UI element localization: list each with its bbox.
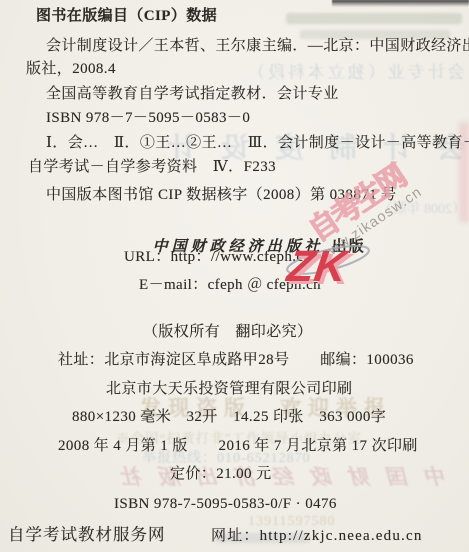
cip-title-line2: 版社，2008.4 [26, 60, 116, 79]
scan-edge-artifact [332, 0, 469, 7]
copyright-page: 会计专业（独立本科段） 会计制度设计 （2008 年版） 发现盗版 欢迎举报 ※… [0, 0, 469, 552]
bleedthrough-mirror-publisher: 中国财政经济出版社 [102, 461, 447, 491]
publish-word: 出版 [332, 239, 366, 255]
format-line: 880×1230 毫米 32开 14.25 印张 363 000字 [72, 408, 386, 427]
service-site-name: 自学考试教材服务网 [8, 525, 166, 544]
cip-record-number: 中国版本图书馆 CIP 数据核字（2008）第 038871 号 [46, 186, 397, 205]
price-line: 定价：21.00 元 [170, 465, 272, 484]
cip-heading: 图书在版编目（CIP）数据 [36, 7, 217, 26]
edition-line: 2008 年 4 月第 1 版 2016 年 7 月北京第 17 次印刷 [58, 437, 418, 456]
cip-title-line1: 会计制度设计／王本哲、王尔康主编．—北京：中国财政经济出 [46, 37, 469, 56]
cip-class-line1: Ⅰ．会… Ⅱ．①王…②王… Ⅲ．会计制度－设计－高等教育－ [46, 134, 469, 153]
service-site-url: 网址：http://zkjc.neea.edu.cn [211, 527, 423, 546]
cip-class-line2: 自学考试－自学参考资料 Ⅳ．F233 [28, 158, 276, 177]
bleedthrough-blur-top1 [286, 13, 462, 24]
isbn-full-line: ISBN 978-7-5095-0583-0/F · 0476 [114, 495, 337, 514]
publisher-url: URL：http：//www.cfeph.cn [124, 248, 311, 267]
publisher-email: E－mail：cfeph ＠ cfeph.cn [139, 276, 321, 295]
copyright-notice: （版权所有 翻印必究） [143, 323, 312, 342]
publisher-address: 社址：北京市海淀区阜成路甲28号 邮编：100036 [58, 351, 414, 370]
cip-isbn: ISBN 978－7－5095－0583－0 [46, 109, 250, 128]
cip-series-note: 全国高等教育自学考试指定教材．会计专业 [46, 85, 339, 104]
bleedthrough-mirror-major: 会计专业（独立本科段） [250, 58, 465, 83]
printer-line: 北京市大天乐投资管理有限公司印刷 [106, 380, 352, 399]
